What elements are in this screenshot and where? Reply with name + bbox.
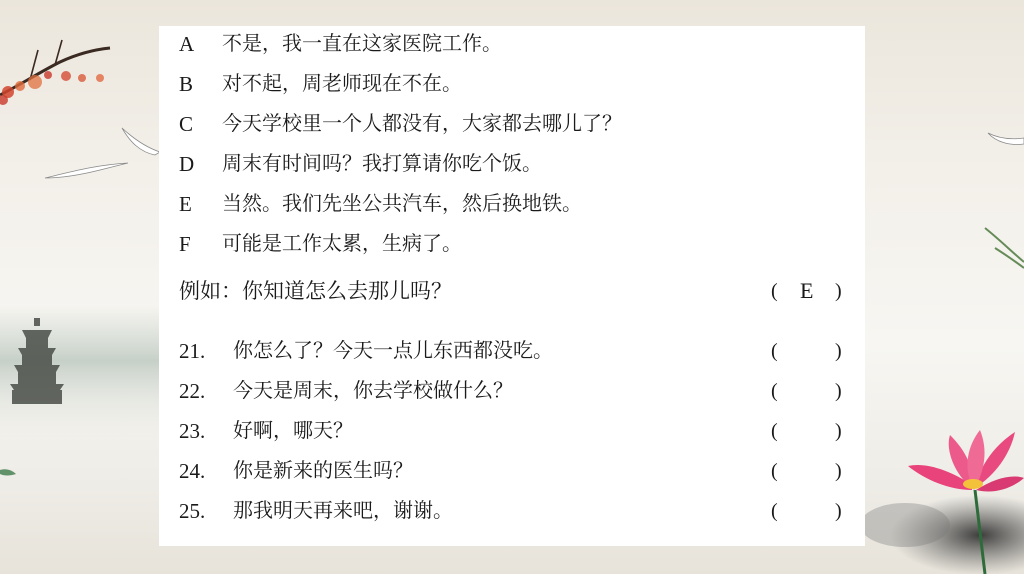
option-d: D 周末有时间吗？我打算请你吃个饭。 <box>159 149 865 179</box>
option-letter: D <box>179 149 194 179</box>
question-text: 今天是周末，你去学校做什么？ <box>233 376 513 406</box>
paren-open: ( <box>771 496 778 526</box>
question-text: 你是新来的医生吗？ <box>233 456 413 486</box>
option-text: 可能是工作太累，生病了。 <box>222 229 462 259</box>
option-f: F 可能是工作太累，生病了。 <box>159 229 865 259</box>
exercise-card: A 不是，我一直在这家医院工作。 B 对不起，周老师现在不在。 C 今天学校里一… <box>159 26 865 546</box>
paren-open: ( <box>771 376 778 406</box>
question-text: 你怎么了？今天一点儿东西都没吃。 <box>233 336 553 366</box>
pagoda-icon <box>10 318 64 404</box>
question-21: 21. 你怎么了？今天一点儿东西都没吃。 ( ) <box>159 336 865 366</box>
question-number: 22. <box>179 376 205 406</box>
option-text: 不是，我一直在这家医院工作。 <box>222 29 502 59</box>
example-row: 例如：你知道怎么去那儿吗？ ( E ) <box>159 276 865 306</box>
question-22: 22. 今天是周末，你去学校做什么？ ( ) <box>159 376 865 406</box>
question-24: 24. 你是新来的医生吗？ ( ) <box>159 456 865 486</box>
paren-open: ( <box>771 336 778 366</box>
option-text: 周末有时间吗？我打算请你吃个饭。 <box>222 149 542 179</box>
question-text: 好啊，哪天？ <box>233 416 353 446</box>
paren-close: ) <box>835 456 842 486</box>
question-23: 23. 好啊，哪天？ ( ) <box>159 416 865 446</box>
option-letter: F <box>179 229 191 259</box>
paren-open: ( <box>771 416 778 446</box>
example-text: 例如：你知道怎么去那儿吗？ <box>179 276 452 306</box>
option-a: A 不是，我一直在这家医院工作。 <box>159 29 865 59</box>
option-letter: A <box>179 29 194 59</box>
option-b: B 对不起，周老师现在不在。 <box>159 69 865 99</box>
paren-close: ) <box>835 416 842 446</box>
grass-icon <box>985 228 1024 268</box>
option-text: 今天学校里一个人都没有，大家都去哪儿了？ <box>222 109 622 139</box>
question-number: 25. <box>179 496 205 526</box>
question-25: 25. 那我明天再来吧，谢谢。 ( ) <box>159 496 865 526</box>
paren-open: ( <box>771 276 778 306</box>
option-text: 对不起，周老师现在不在。 <box>222 69 462 99</box>
question-number: 21. <box>179 336 205 366</box>
paren-close: ) <box>835 336 842 366</box>
option-letter: C <box>179 109 193 139</box>
option-c: C 今天学校里一个人都没有，大家都去哪儿了？ <box>159 109 865 139</box>
option-letter: B <box>179 69 193 99</box>
paren-close: ) <box>835 276 842 306</box>
paren-close: ) <box>835 376 842 406</box>
paren-close: ) <box>835 496 842 526</box>
plum-branch-icon <box>0 40 110 105</box>
lotus-flower-icon <box>908 430 1024 574</box>
option-text: 当然。我们先坐公共汽车，然后换地铁。 <box>222 189 582 219</box>
option-letter: E <box>179 189 192 219</box>
question-text: 那我明天再来吧，谢谢。 <box>233 496 453 526</box>
question-number: 24. <box>179 456 205 486</box>
example-answer: E <box>800 276 813 306</box>
paren-open: ( <box>771 456 778 486</box>
question-number: 23. <box>179 416 205 446</box>
option-e: E 当然。我们先坐公共汽车，然后换地铁。 <box>159 189 865 219</box>
